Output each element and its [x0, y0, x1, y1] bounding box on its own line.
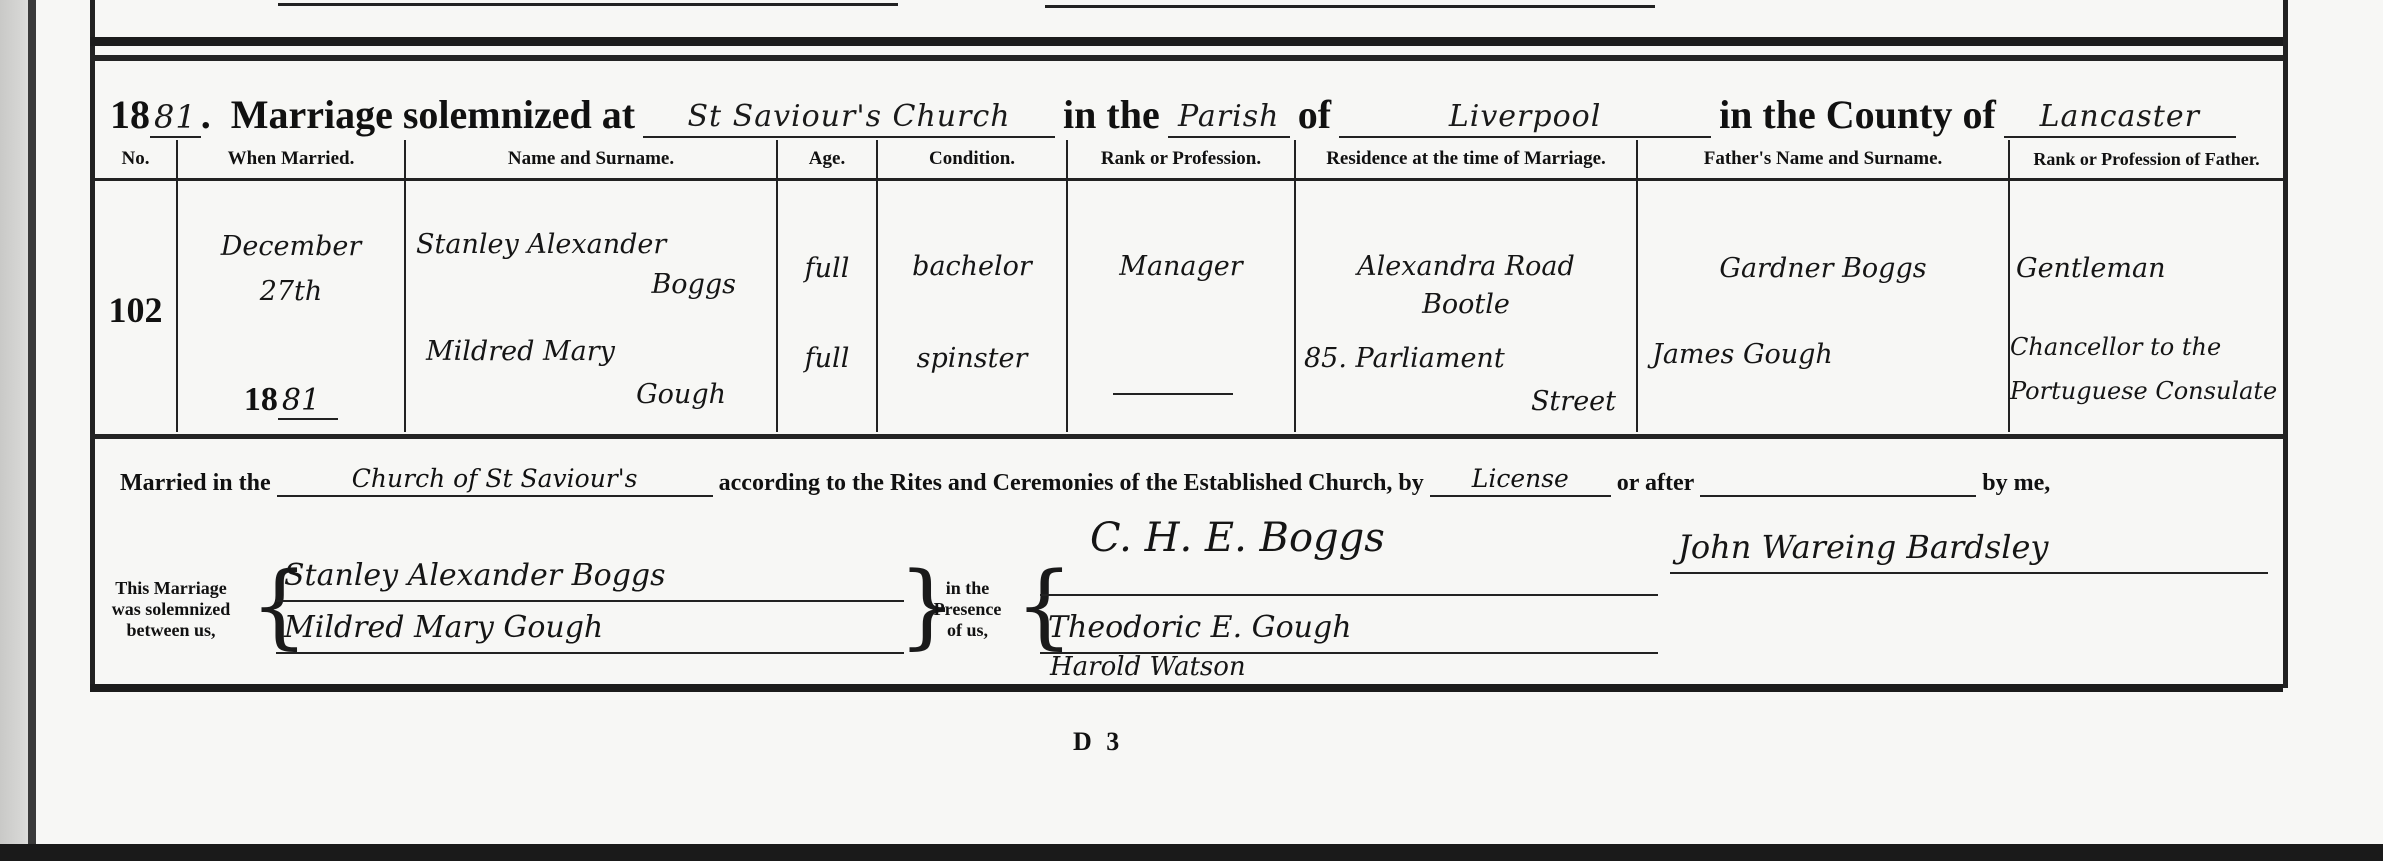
col-header-name: Name and Surname.	[405, 140, 777, 180]
witness-signature-2: Theodoric E. Gough	[1040, 610, 1658, 654]
binding-edge	[28, 0, 36, 861]
cell-profession: Manager	[1067, 180, 1295, 433]
officiant-signature: John Wareing Bardsley	[1670, 528, 2268, 574]
signature-bride: Mildred Mary Gough	[276, 610, 904, 654]
heading-solemnized-label: Marriage solemnized at	[231, 91, 635, 138]
married-month: December	[178, 231, 404, 262]
heading-of-label: of	[1298, 91, 1331, 138]
heading-county: Lancaster	[2004, 99, 2236, 138]
col-header-age: Age.	[777, 140, 877, 180]
married-in-place: Church of St Saviour's	[277, 464, 713, 497]
heading-year-handwritten: 81	[150, 98, 201, 138]
bride-father-profession-line2: Portuguese Consulate	[2010, 377, 2277, 405]
cell-age: full full	[777, 180, 877, 433]
col-header-profession: Rank or Profession.	[1067, 140, 1295, 180]
top-rule	[90, 37, 2283, 46]
entry-number: 102	[95, 289, 176, 331]
heading-district-type: Parish	[1168, 99, 1290, 138]
top-rule-inner	[90, 55, 2283, 61]
heading-place: Liverpool	[1339, 99, 1711, 138]
groom-condition: bachelor	[878, 251, 1066, 282]
heading-year-printed: 18	[110, 91, 150, 138]
bride-name-line2: Gough	[636, 379, 726, 410]
or-after-label: or after	[1617, 470, 1695, 497]
heading-period: .	[201, 91, 211, 138]
witness-line-1	[1040, 552, 1658, 596]
cell-father-name: Gardner Boggs James Gough	[1637, 180, 2009, 433]
register-table: No. When Married. Name and Surname. Age.…	[95, 140, 2283, 432]
entry-bottom-rule	[90, 684, 2283, 692]
scan-bottom-edge	[0, 844, 2383, 861]
cell-when-married: December 27th 1881	[177, 180, 405, 433]
col-header-father-name: Father's Name and Surname.	[1637, 140, 2009, 180]
signature-groom: Stanley Alexander Boggs	[276, 558, 904, 602]
married-year-printed: 18	[244, 381, 278, 418]
col-header-condition: Condition.	[877, 140, 1067, 180]
groom-name-line1: Stanley Alexander	[416, 229, 776, 260]
heading-county-label: in the County of	[1719, 91, 1996, 138]
groom-father-profession: Gentleman	[2016, 253, 2283, 284]
bride-father-profession-line1: Chancellor to the	[2010, 333, 2283, 361]
between-us-label: This Marriage was solemnized between us,	[96, 578, 246, 641]
or-after-value	[1700, 493, 1976, 497]
groom-residence-line2: Bootle	[1296, 289, 1636, 320]
bride-father-name: James Gough	[1652, 339, 2008, 370]
cell-father-profession: Gentleman Chancellor to the Portuguese C…	[2009, 180, 2283, 433]
heading-in-the-label: in the	[1063, 91, 1160, 138]
by-me-label: by me,	[1982, 470, 2050, 497]
witness-signature-3: Harold Watson	[1050, 652, 1246, 682]
col-header-father-profession: Rank or Profession of Father.	[2009, 140, 2283, 180]
bride-age: full	[778, 343, 876, 374]
table-bottom-rule	[90, 434, 2283, 439]
cell-residence: Alexandra Road Bootle 85. Parliament Str…	[1295, 180, 1637, 433]
married-in-label: Married in the	[120, 470, 271, 497]
married-day: 27th	[178, 276, 404, 307]
bride-residence-line1: 85. Parliament	[1304, 343, 1636, 374]
married-in-line: Married in the Church of St Saviour's ac…	[120, 455, 2270, 497]
groom-residence-line1: Alexandra Road	[1296, 251, 1636, 282]
page-code: D 3	[1073, 727, 1123, 757]
cell-names: Stanley Alexander Boggs Mildred Mary Gou…	[405, 180, 777, 433]
cell-condition: bachelor spinster	[877, 180, 1067, 433]
bride-condition: spinster	[878, 343, 1066, 374]
groom-name-line2: Boggs	[651, 269, 736, 300]
bride-name-line1: Mildred Mary	[426, 336, 776, 367]
table-header-row: No. When Married. Name and Surname. Age.…	[95, 140, 2283, 180]
bride-profession-dash	[1113, 393, 1233, 395]
groom-father-name: Gardner Boggs	[1638, 253, 2008, 284]
heading-church: St Saviour's Church	[643, 99, 1055, 138]
groom-age: full	[778, 253, 876, 284]
rites-label: according to the Rites and Ceremonies of…	[719, 470, 1424, 497]
col-header-no: No.	[95, 140, 177, 180]
married-year: 1881	[178, 381, 404, 419]
entry-heading: 1881. Marriage solemnized at St Saviour'…	[110, 78, 2280, 138]
married-year-handwritten: 81	[278, 383, 338, 420]
groom-profession: Manager	[1068, 251, 1294, 282]
bride-residence-line2: Street	[1531, 386, 1616, 417]
col-header-residence: Residence at the time of Marriage.	[1295, 140, 1637, 180]
presence-label: in the Presence of us,	[925, 578, 1010, 641]
by-license: License	[1430, 464, 1611, 497]
table-row: 102 December 27th 1881 Stanley Alexander…	[95, 180, 2283, 433]
col-header-when-married: When Married.	[177, 140, 405, 180]
cell-no: 102	[95, 180, 177, 433]
